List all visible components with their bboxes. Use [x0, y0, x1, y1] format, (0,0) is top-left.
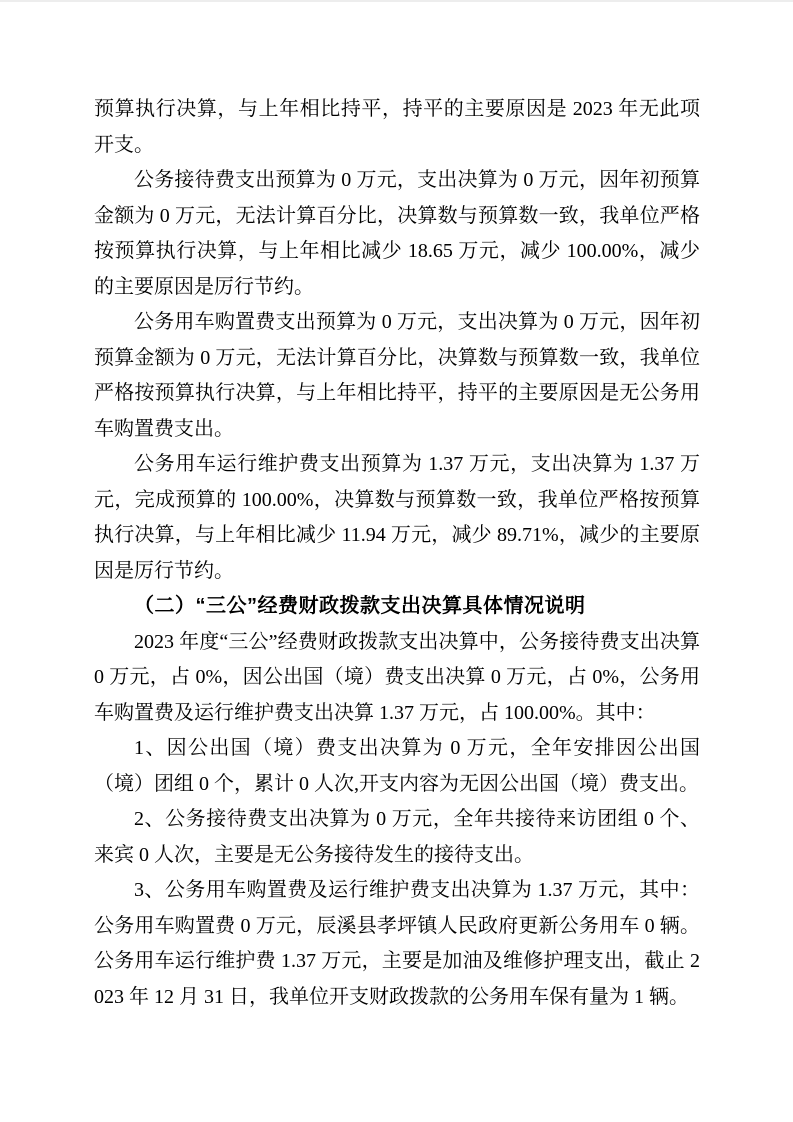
paragraph-vehicle-purchase-budget: 公务用车购置费支出预算为 0 万元，支出决算为 0 万元，因年初预算金额为 0 …: [94, 305, 700, 447]
paragraph-official-reception-budget: 公务接待费支出预算为 0 万元，支出决算为 0 万元，因年初预算金额为 0 万元…: [94, 163, 700, 305]
list-item-official-reception: 2、公务接待费支出决算为 0 万元，全年共接待来访团组 0 个、来宾 0 人次，…: [94, 802, 700, 873]
section-heading-three-public-expenses: （二）“三公”经费财政拨款支出决算具体情况说明: [94, 589, 700, 625]
list-item-overseas-visits: 1、因公出国（境）费支出决算为 0 万元，全年安排因公出国（境）团组 0 个，累…: [94, 731, 700, 802]
list-item-vehicle-expenses: 3、公务用车购置费及运行维护费支出决算为 1.37 万元，其中：公务用车购置费 …: [94, 873, 700, 1015]
page-top-edge: [0, 0, 793, 2]
paragraph-budget-execution-continuation: 预算执行决算，与上年相比持平，持平的主要原因是 2023 年无此项开支。: [94, 92, 700, 163]
document-page: 预算执行决算，与上年相比持平，持平的主要原因是 2023 年无此项开支。 公务接…: [0, 0, 793, 1122]
document-body: 预算执行决算，与上年相比持平，持平的主要原因是 2023 年无此项开支。 公务接…: [94, 92, 700, 1015]
paragraph-vehicle-maintenance-budget: 公务用车运行维护费支出预算为 1.37 万元，支出决算为 1.37 万元，完成预…: [94, 447, 700, 589]
paragraph-three-public-overview: 2023 年度“三公”经费财政拨款支出决算中，公务接待费支出决算 0 万元，占 …: [94, 625, 700, 732]
